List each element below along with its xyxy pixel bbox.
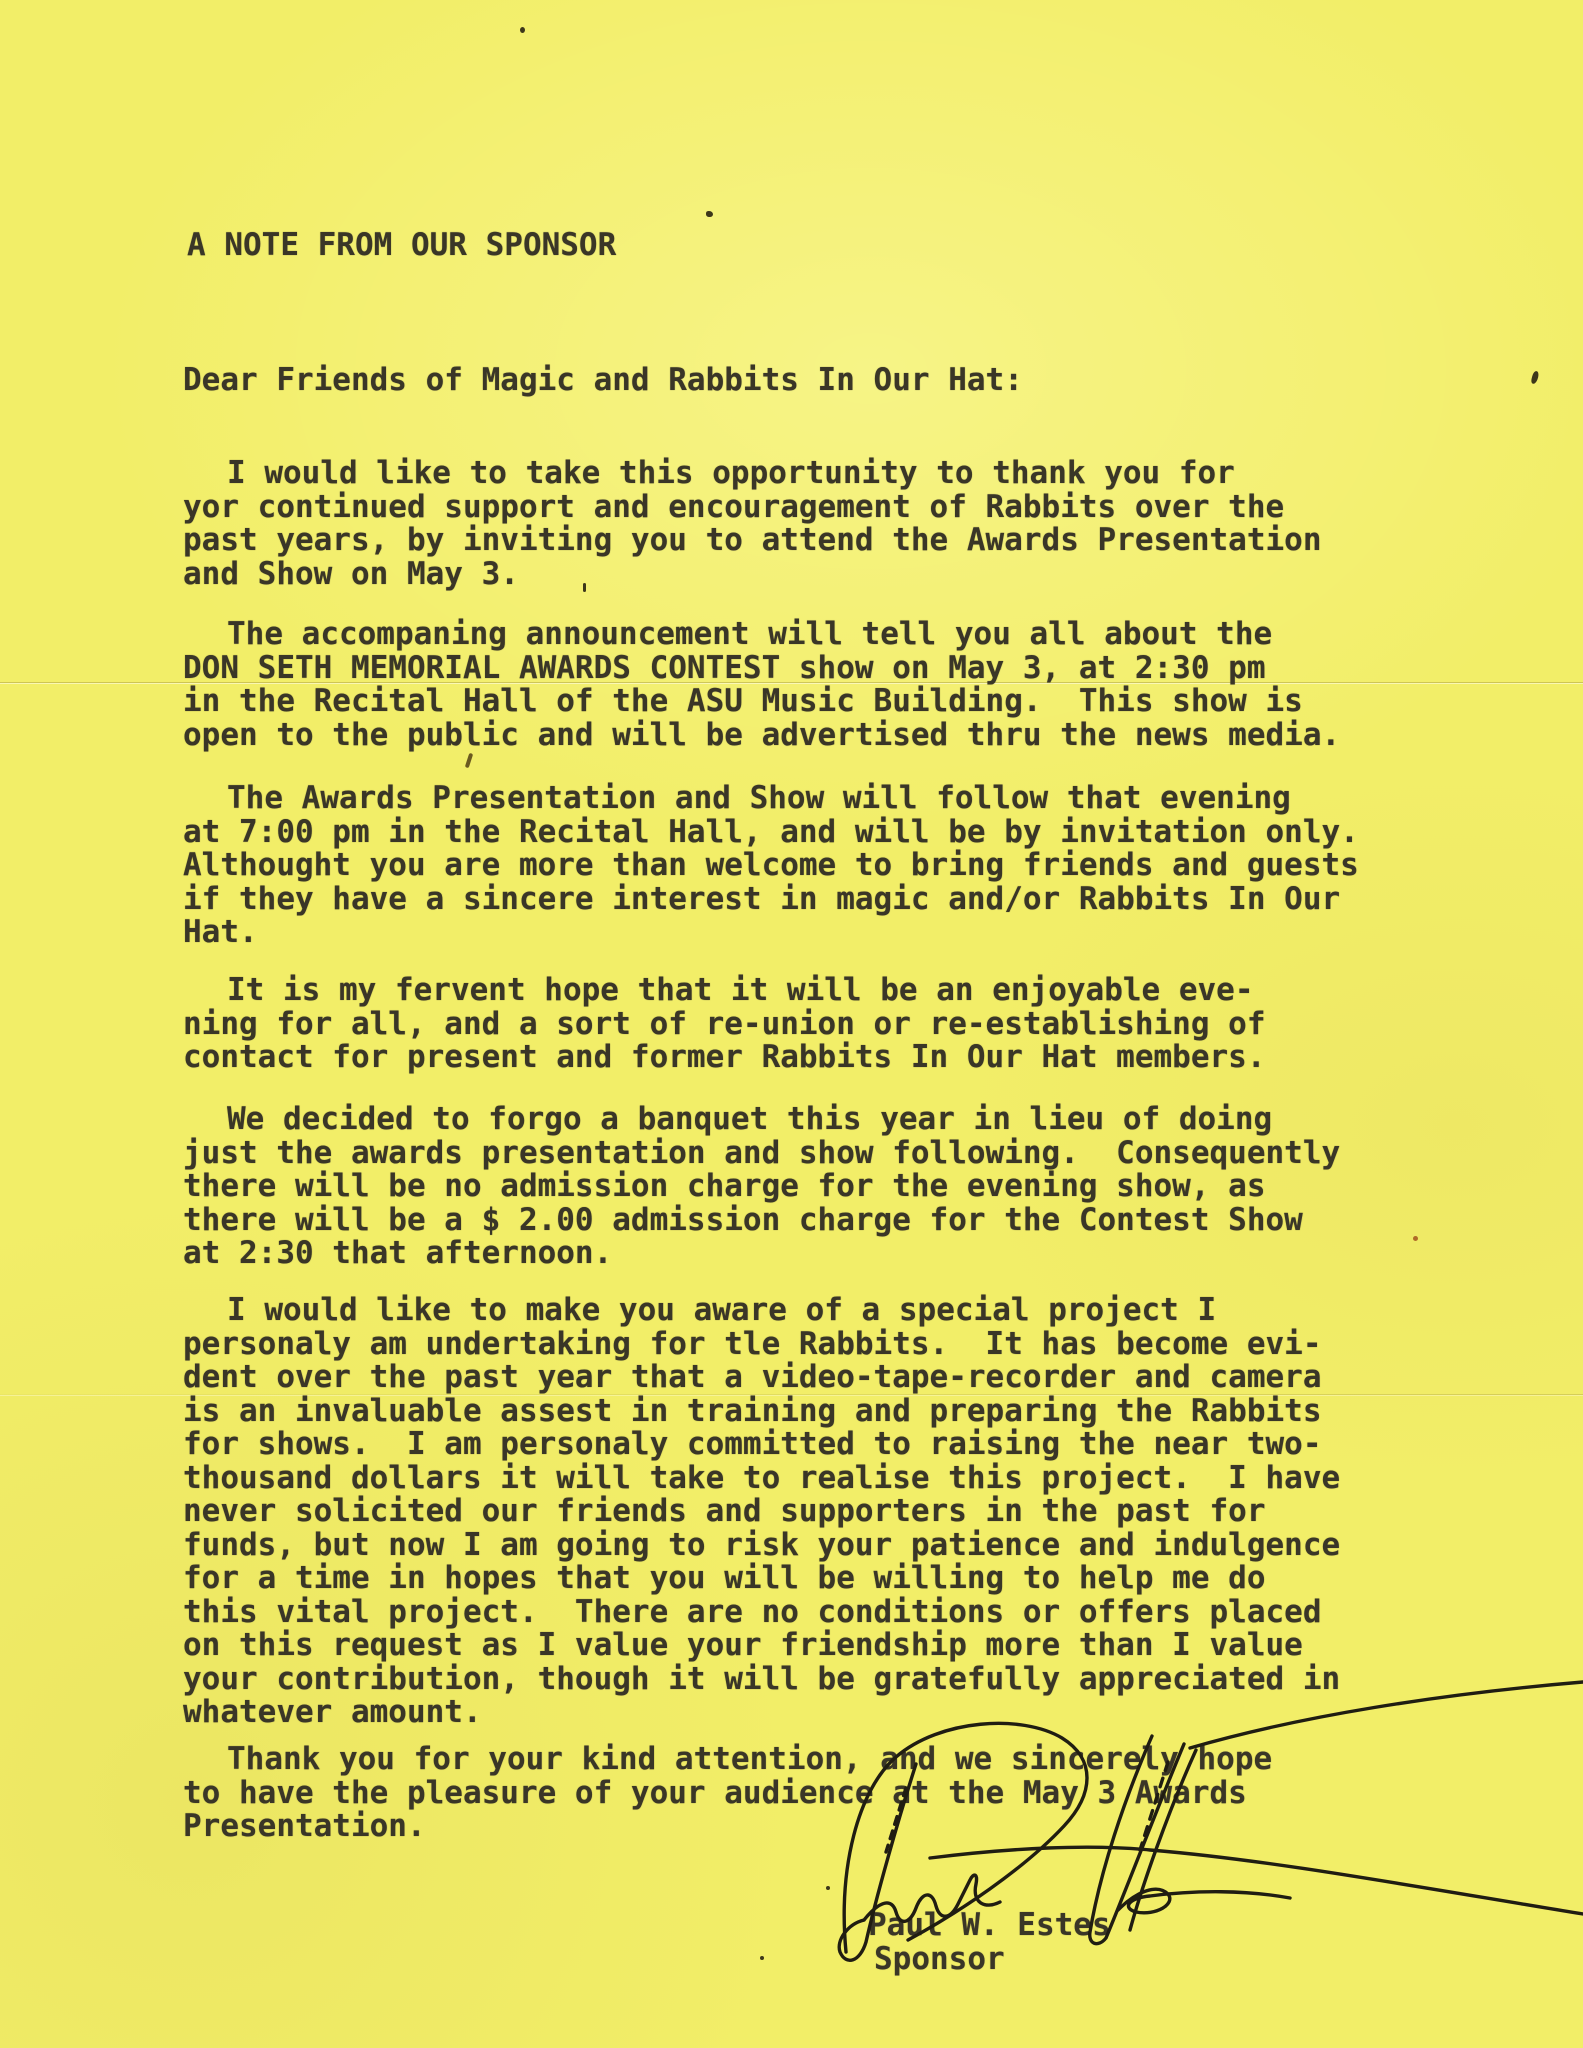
paragraph-special-project: I would like to make you aware of a spec…	[183, 1294, 1340, 1730]
ink-speck	[1531, 370, 1540, 384]
letter-heading: A NOTE FROM OUR SPONSOR	[187, 229, 616, 263]
paragraph-banquet-admission: We decided to forgo a banquet this year …	[183, 1103, 1340, 1271]
ink-speck	[583, 583, 586, 592]
ink-speck	[706, 211, 713, 217]
ink-speck	[1413, 1236, 1418, 1241]
paragraph-thank-you-invite: I would like to take this opportunity to…	[183, 457, 1321, 591]
ink-speck	[760, 1956, 764, 1960]
ink-speck	[826, 1886, 830, 1890]
ink-speck	[520, 27, 525, 33]
paragraph-fervent-hope: It is my fervent hope that it will be an…	[183, 974, 1266, 1075]
signature-typed-name: Paul W. Estes	[868, 1909, 1111, 1943]
paragraph-awards-presentation: The Awards Presentation and Show will fo…	[183, 782, 1359, 950]
letter-page: A NOTE FROM OUR SPONSOR Dear Friends of …	[0, 0, 1583, 2048]
signature-typed-title: Sponsor	[874, 1943, 1005, 1977]
paragraph-contest-announcement: The accompaning announcement will tell y…	[183, 618, 1340, 752]
ink-speck	[465, 753, 473, 769]
paragraph-closing-thanks: Thank you for your kind attention, and w…	[183, 1743, 1272, 1844]
letter-salutation: Dear Friends of Magic and Rabbits In Our…	[183, 364, 1023, 398]
